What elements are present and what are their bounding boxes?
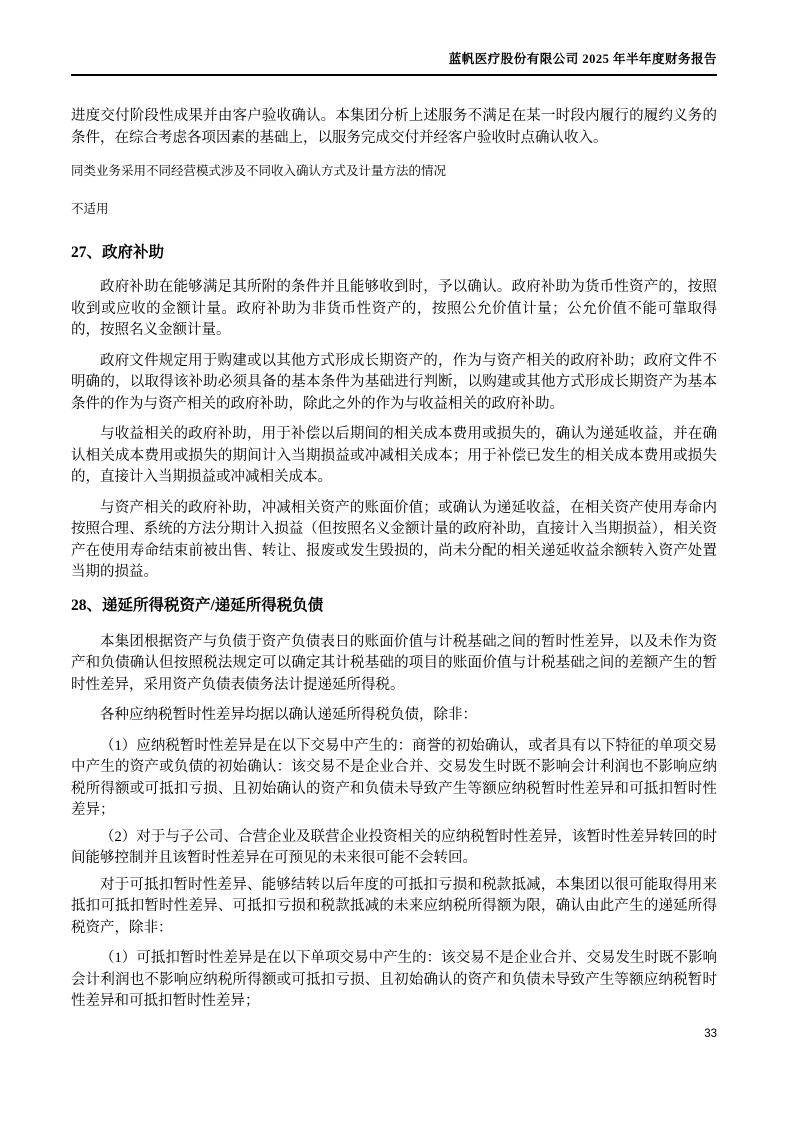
body-paragraph: 本集团根据资产与负债于资产负债表日的账面价值与计税基础之间的暂时性差异，以及未作… [71,632,717,697]
body-paragraph-continuation: 进度交付阶段性成果并由客户验收确认。本集团分析上述服务不满足在某一时段内履行的履… [71,106,717,149]
body-paragraph: 与收益相关的政府补助，用于补偿以后期间的相关成本费用或损失的，确认为递延收益，并… [71,424,717,489]
body-paragraph: 政府补助在能够满足其所附的条件并且能够收到时，予以确认。政府补助为货币性资产的，… [71,277,717,342]
section-heading-27: 27、政府补助 [71,243,717,263]
body-paragraph: （1）可抵扣暂时性差异是在以下单项交易中产生的：该交易不是企业合并、交易发生时既… [71,948,717,1013]
report-page: 蓝帆医疗股份有限公司 2025 年半年度财务报告 进度交付阶段性成果并由客户验收… [0,0,793,1122]
note-answer: 不适用 [71,201,717,217]
section-heading-28: 28、递延所得税资产/递延所得税负债 [71,596,717,616]
body-paragraph: 政府文件规定用于购建或以其他方式形成长期资产的，作为与资产相关的政府补助；政府文… [71,351,717,416]
body-paragraph: 各种应纳税暂时性差异均据以确认递延所得税负债，除非： [71,705,717,727]
page-number: 33 [704,1027,717,1041]
body-paragraph: 对于可抵扣暂时性差异、能够结转以后年度的可抵扣亏损和税款抵减，本集团以很可能取得… [71,875,717,940]
page-header-title: 蓝帆医疗股份有限公司 2025 年半年度财务报告 [71,52,717,76]
body-paragraph: （2）对于与子公司、合营企业及联营企业投资相关的应纳税暂时性差异，该暂时性差异转… [71,827,717,870]
body-paragraph: （1）应纳税暂时性差异是在以下交易中产生的：商誉的初始确认，或者具有以下特征的单… [71,736,717,822]
body-paragraph: 与资产相关的政府补助，冲减相关资产的账面价值；或确认为递延收益，在相关资产使用寿… [71,498,717,584]
note-heading: 同类业务采用不同经营模式涉及不同收入确认方式及计量方法的情况 [71,163,717,179]
